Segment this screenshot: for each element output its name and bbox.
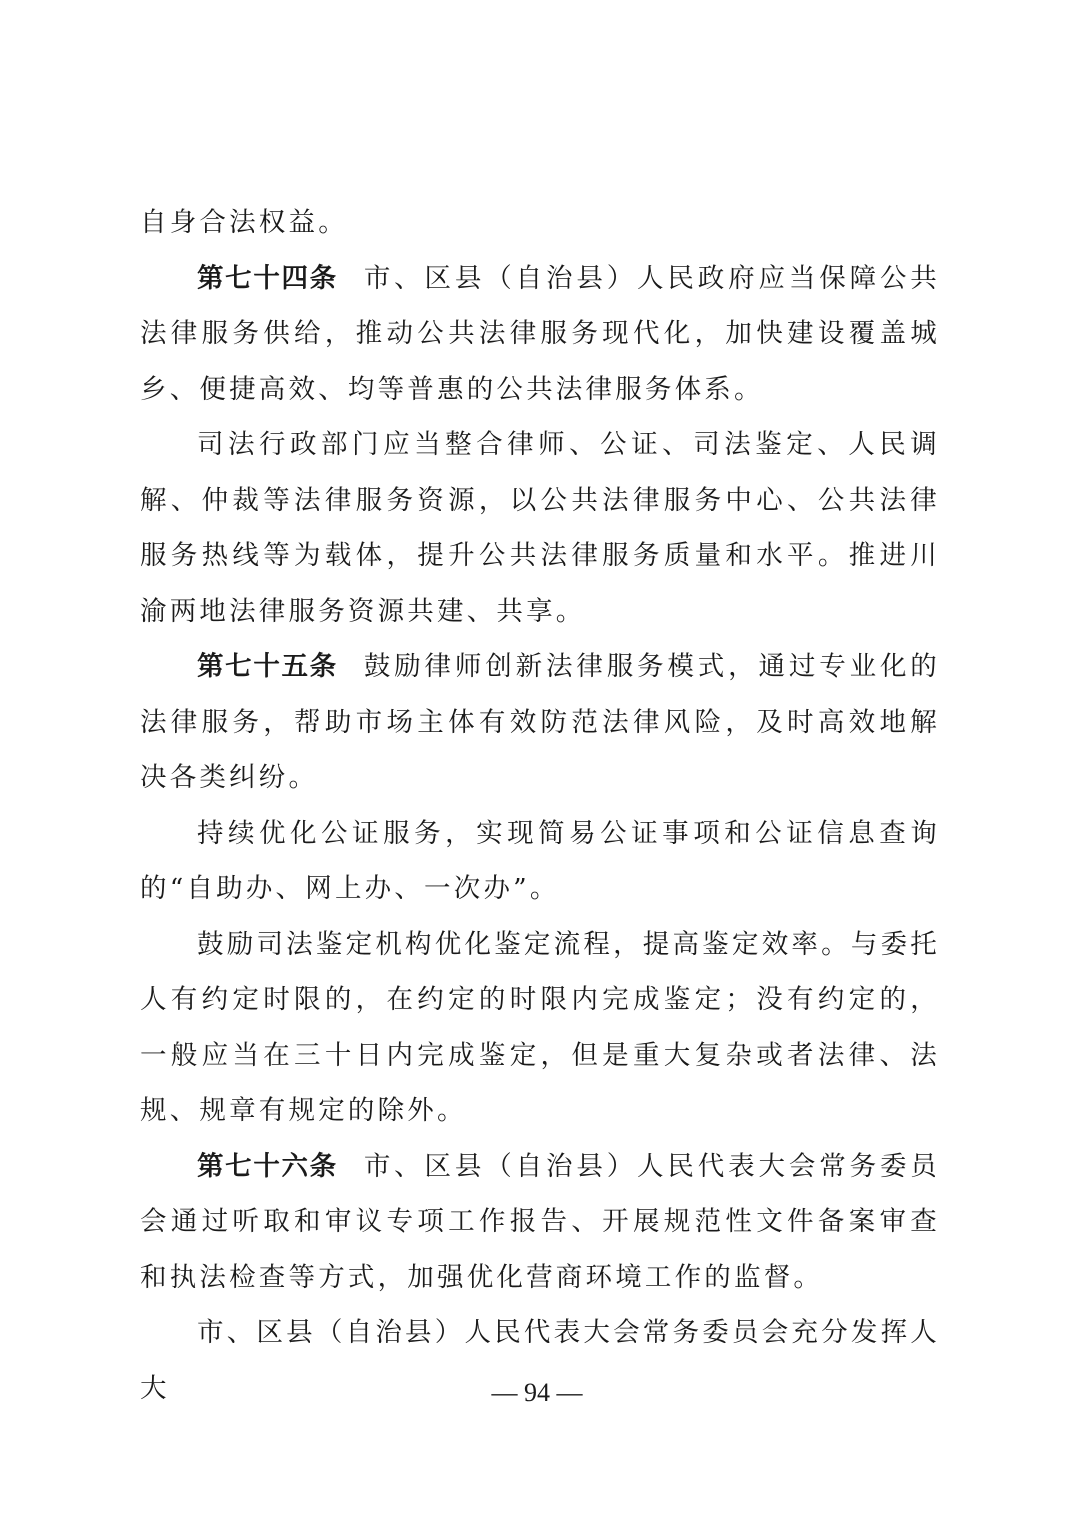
paragraph: 鼓励司法鉴定机构优化鉴定流程，提高鉴定效率。与委托人有约定时限的，在约定的时限内…: [140, 917, 940, 1139]
article-74: 第七十四条市、区县（自治县）人民政府应当保障公共法律服务供给，推动公共法律服务现…: [140, 251, 940, 418]
paragraph-text: 司法行政部门应当整合律师、公证、司法鉴定、人民调解、仲裁等法律服务资源，以公共法…: [140, 429, 940, 627]
document-page-body: 自身合法权益。 第七十四条市、区县（自治县）人民政府应当保障公共法律服务供给，推…: [140, 195, 940, 1416]
article-75: 第七十五条鼓励律师创新法律服务模式，通过专业化的法律服务，帮助市场主体有效防范法…: [140, 639, 940, 806]
paragraph-text: 自身合法权益。: [140, 207, 348, 238]
paragraph-text: 持续优化公证服务，实现简易公证事项和公证信息查询的“自助办、网上办、一次办”。: [140, 818, 940, 905]
paragraph: 持续优化公证服务，实现简易公证事项和公证信息查询的“自助办、网上办、一次办”。: [140, 806, 940, 917]
paragraph-continuation: 自身合法权益。: [140, 195, 940, 251]
page-number: — 94 —: [0, 1378, 1074, 1408]
paragraph: 司法行政部门应当整合律师、公证、司法鉴定、人民调解、仲裁等法律服务资源，以公共法…: [140, 417, 940, 639]
article-heading: 第七十五条: [197, 651, 338, 682]
paragraph-text: 鼓励司法鉴定机构优化鉴定流程，提高鉴定效率。与委托人有约定时限的，在约定的时限内…: [140, 929, 940, 1127]
article-76: 第七十六条市、区县（自治县）人民代表大会常务委员会通过听取和审议专项工作报告、开…: [140, 1139, 940, 1306]
article-heading: 第七十六条: [197, 1151, 338, 1182]
article-heading: 第七十四条: [197, 263, 338, 294]
